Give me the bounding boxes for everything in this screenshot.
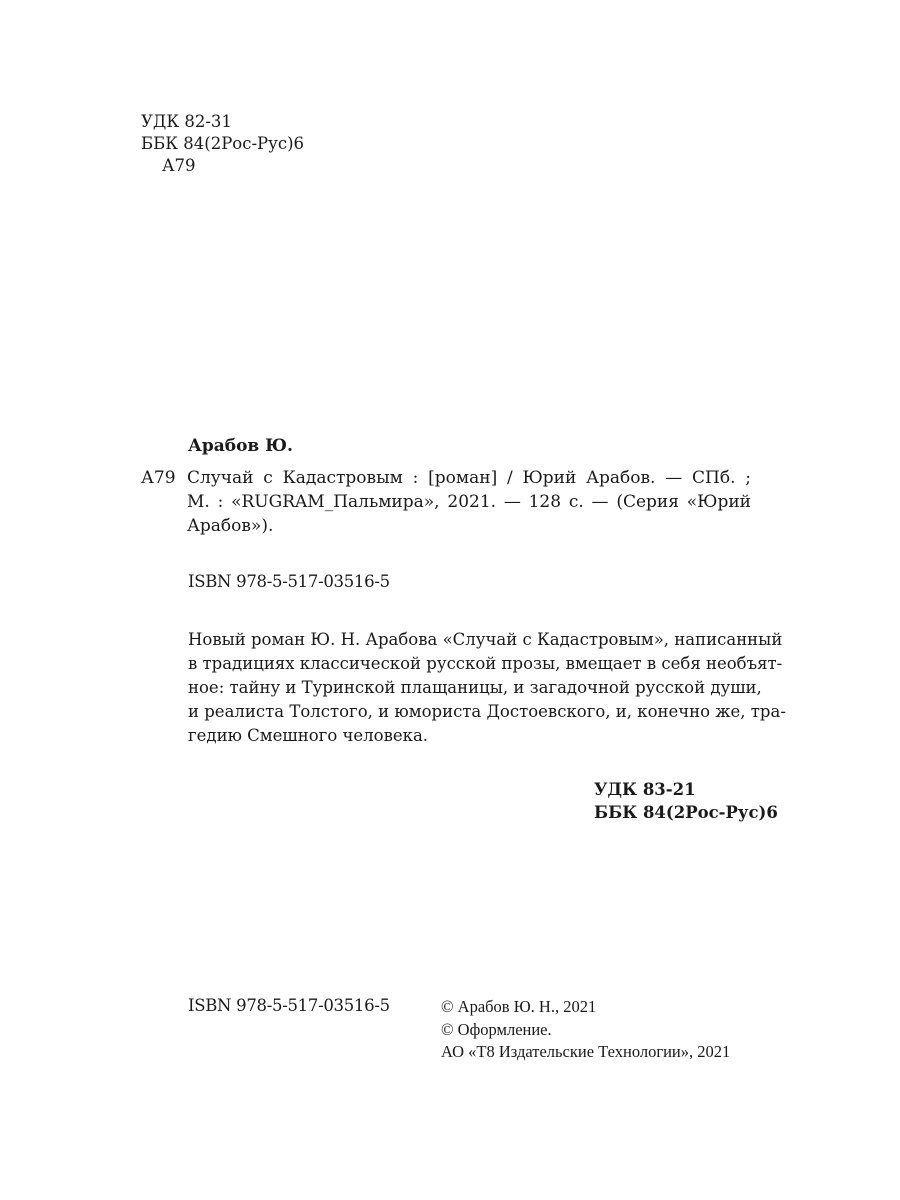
annotation: Новый роман Ю. Н. Арабова «Случай с Када… [188, 628, 751, 748]
top-classification-codes: УДК 82-31 ББК 84(2Рос-Рус)6 А79 [141, 111, 304, 177]
copyright-publisher: АО «Т8 Издательские Технологии», 2021 [441, 1041, 730, 1064]
bbk-code: ББК 84(2Рос-Рус)6 [141, 133, 304, 155]
bibliographic-record: А79 Случай с Кадастровым : [роман] / Юри… [141, 466, 751, 538]
annotation-line-2: в традициях классической русской прозы, … [188, 652, 751, 676]
bbk-code-bottom: ББК 84(2Рос-Рус)6 [594, 801, 778, 824]
copyright-block: © Арабов Ю. Н., 2021 © Оформление. АО «Т… [441, 996, 730, 1064]
record-line-3: Арабов»). [141, 514, 751, 538]
copyright-design: © Оформление. [441, 1019, 730, 1042]
annotation-line-1: Новый роман Ю. Н. Арабова «Случай с Када… [188, 628, 751, 652]
record-line-2: М. : «RUGRAM_Пальмира», 2021. — 128 с. —… [141, 490, 751, 514]
udk-code-bottom: УДК 83-21 [594, 778, 778, 801]
record-line-1: Случай с Кадастровым : [роман] / Юрий Ар… [187, 466, 751, 490]
udk-code: УДК 82-31 [141, 111, 304, 133]
annotation-line-5: гедию Смешного человека. [188, 724, 751, 748]
record-author-sign: А79 [141, 466, 187, 490]
author-heading: Арабов Ю. [188, 434, 293, 458]
bottom-classification-codes: УДК 83-21 ББК 84(2Рос-Рус)6 [594, 778, 778, 824]
isbn-primary: ISBN 978-5-517-03516-5 [188, 571, 390, 593]
annotation-line-3: ное: тайну и Туринской плащаницы, и зага… [188, 676, 751, 700]
author-sign: А79 [141, 155, 304, 177]
annotation-line-4: и реалиста Толстого, и юмориста Достоевс… [188, 700, 751, 724]
copyright-author: © Арабов Ю. Н., 2021 [441, 996, 730, 1019]
isbn-footer: ISBN 978-5-517-03516-5 [188, 995, 390, 1017]
